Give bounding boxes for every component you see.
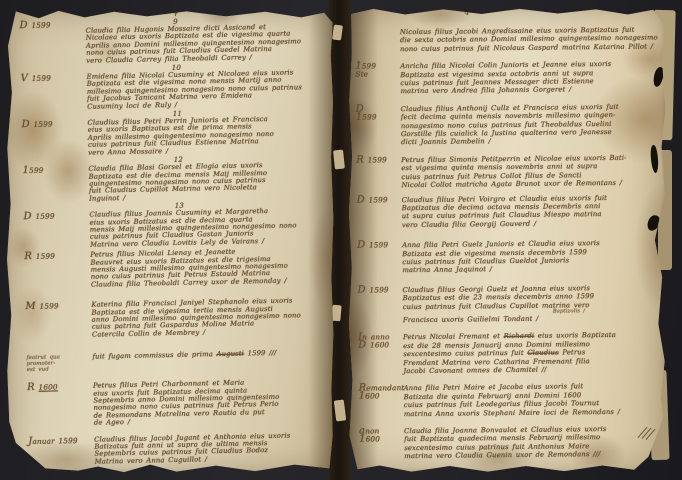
entry-margin: anon1600 (354, 427, 404, 444)
entry-body: Nicolaus filius Jacobi Angredissaine eiu… (400, 25, 664, 53)
register-entry: anon1600Claudia filia Joanna Bonvaulot e… (354, 424, 668, 461)
register-entry: D 1599✝9Claudia filia Hugonis Mossaire d… (9, 8, 330, 67)
margin-annotation: D 1599 (19, 21, 85, 30)
entry-margin: D 1599 (13, 204, 89, 222)
entry-body: Anna filia Petri Maire et Jacoba eius ux… (404, 382, 668, 418)
margin-annotation: D 1600 (358, 341, 403, 349)
register-entry: D 159911Claudius filius Petri Perrin Jun… (11, 107, 332, 159)
margin-annotation: M 1599 (25, 302, 91, 311)
margin-annotation: Januar 1599 (28, 436, 94, 445)
entry-line: nono cuius patrinus fuit Nicolaus Gaspar… (400, 42, 664, 53)
margin-annotation: 1600 (359, 435, 404, 443)
margin-annotation: ste (355, 70, 400, 78)
margin-annotation: R 1600 (27, 383, 93, 392)
margin-annotation: D 1599 (357, 241, 402, 249)
register-entry: R 1600Petrus filius Petri Charbonnant et… (17, 378, 338, 429)
entry-body: 12Claudia filia Blasi Gorsel et Elogia e… (88, 153, 333, 203)
entry-body: Katerina filia Francisci Janiyel Stephan… (91, 297, 336, 339)
register-entry: Nicolaus filius Jacobi Angredissaine eiu… (350, 25, 664, 54)
right-page: 4 Nicolaus filius Jacobi Angredissaine e… (348, 7, 666, 473)
entry-body: Petrus filius Nicolai Lienay et Jeanette… (90, 247, 335, 289)
entry-body: Anna filia Petri Guelz Junioris et Claud… (402, 238, 666, 274)
entry-margin: D 1599 (352, 196, 402, 205)
entry-body: Anricha filia Nicolai Colin Junioris et … (400, 60, 664, 96)
entry-body: Petrus Nicolai Fremant et Richardi eius … (403, 331, 667, 376)
margin-annotation: D 1599 (23, 212, 89, 221)
margin-annotation: est vud (27, 366, 93, 373)
register-entry: Remandant1600Anna filia Petri Maire et J… (354, 382, 668, 419)
register-entry: D 1599Claudius filius Petri Voirgro et C… (352, 193, 666, 230)
entry-body: Claudia filia Joanna Bonvaulot et Claudi… (404, 424, 668, 460)
entry-line: matrina vero Claudia Guenin uxor de Remo… (404, 450, 668, 461)
entry-margin: D1599 (351, 105, 401, 122)
left-entries: D 1599✝9Claudia filia Hugonis Mossaire d… (9, 8, 338, 468)
register-entry: M 1599Katerina filia Francisci Janiyel S… (15, 297, 336, 341)
register-entry: R 1599Petrus filius Simonis Petitperrin … (351, 153, 665, 190)
register-entry: Januar 1599Claudius filius Jacobi Jugant… (18, 431, 339, 467)
entry-body: Petrus filius Simonis Petitperrin et Nic… (401, 153, 665, 189)
entry-margin: V 1599 (10, 66, 86, 84)
entry-margin: Remandant1600 (354, 384, 404, 401)
margin-annotation: 1600 (359, 392, 404, 400)
register-entry: 159912Claudia filia Blasi Gorsel et Elog… (12, 153, 333, 205)
entry-line: matrina vero Andrea filia Johannis Gorge… (400, 85, 664, 96)
register-entry: D 1599Claudius filius Georgi Guelz et Jo… (352, 283, 666, 325)
entry-margin: D 1599 (352, 286, 402, 295)
register-entry: D1599Claudius filius Anthonij Cullz et F… (351, 102, 665, 147)
margin-annotation: D 1599 (357, 286, 402, 294)
manuscript-scan: D 1599✝9Claudia filia Hugonis Mossaire d… (0, 0, 682, 480)
paper-fragment (333, 150, 345, 170)
entry-body: 11Claudius filius Petri Perrin Junioris … (87, 107, 332, 157)
entry-margin: R 1600 (17, 383, 93, 393)
entry-body: Petrus filius Petri Charbonnant et Maria… (93, 378, 338, 428)
entry-body: fuit fugam commissus die prima Augusti 1… (92, 349, 336, 362)
entry-body: Claudius filius Petri Voirgro et Claudia… (402, 193, 666, 229)
entry-line: fuit fugam commissus die prima Augusti 1… (92, 349, 336, 362)
entry-line: Jacobi Cavonant omnes de Chamitel // (403, 364, 667, 375)
register-entry: featrut quapromoter-est vudfuit fugam co… (16, 349, 336, 374)
entry-line: vero Claudia filia Georgij Gouverd / (402, 218, 666, 229)
entry-margin: M 1599 (15, 302, 91, 312)
entry-body: Claudius filius Jacobi Jugant et Anthoni… (94, 431, 339, 466)
left-page: D 1599✝9Claudia filia Hugonis Mossaire d… (6, 9, 334, 473)
right-entries: Nicolaus filius Jacobi Angredissaine eiu… (350, 25, 669, 461)
margin-annotation: V 1599 (20, 74, 86, 83)
entry-line: matrina Anna uxoris Stephani Maire loci … (404, 407, 668, 418)
entry-body: Claudius filius Anthonij Cullz et Franci… (401, 102, 665, 147)
entry-line: matrina Anna Jaquinot / (402, 264, 666, 275)
margin-annotation: D 1599 (21, 120, 87, 129)
entry-margin: R 1599 (351, 156, 401, 165)
entry-margin: 1599ste (350, 62, 400, 79)
margin-annotation: R 1599 (24, 252, 90, 261)
entry-body: 10Emidena filia Nicolai Cusuminy et Nico… (86, 61, 331, 111)
register-entry: D 159913Claudius filius Joannis Cusuminy… (13, 199, 334, 251)
entry-margin: D 1599 (11, 112, 87, 130)
left-page-content: D 1599✝9Claudia filia Hugonis Mossaire d… (1, 6, 339, 477)
entry-margin: R 1599 (14, 252, 90, 262)
register-entry: R 1599Petrus filius Nicolai Lienay et Je… (14, 247, 335, 291)
register-entry: 1599steAnricha filia Nicolai Colin Junio… (350, 60, 664, 97)
entry-margin: In annoD 1600 (353, 333, 403, 350)
entry-margin: 1599 (12, 158, 88, 176)
register-entry: V 159910Emidena filia Nicolai Cusuminy e… (10, 61, 331, 113)
margin-annotation: D 1599 (357, 196, 402, 204)
margin-annotation: 1599 (22, 166, 88, 175)
register-entry: D 1599Anna filia Petri Guelz Junioris et… (352, 238, 666, 275)
entry-margin: D 1599 (352, 241, 402, 250)
entry-line: dicti Joannis Dambelin / (401, 136, 665, 147)
entry-body: Claudius filius Georgi Guelz et Joanna e… (402, 283, 666, 324)
entry-margin: featrut quapromoter-est vud (16, 354, 92, 374)
right-page-content: Nicolaus filius Jacobi Angredissaine eiu… (346, 5, 669, 474)
entry-body: ✝9Claudia filia Hugonis Mossaire dicti A… (85, 8, 330, 65)
margin-annotation: 1599 (356, 113, 401, 121)
entry-margin: D 1599 (9, 13, 85, 31)
entry-body: 13Claudius filius Joannis Cusuminy et Ma… (89, 199, 334, 249)
margin-annotation: R 1599 (356, 156, 401, 164)
entry-margin: Januar 1599 (18, 436, 94, 446)
entry-margin (350, 28, 400, 29)
register-entry: In annoD 1600Petrus Nicolai Fremant et R… (353, 331, 667, 376)
paper-fragment (331, 305, 341, 322)
entry-line: Nicolai Collot matricha Agata Brunot uxo… (401, 178, 665, 189)
